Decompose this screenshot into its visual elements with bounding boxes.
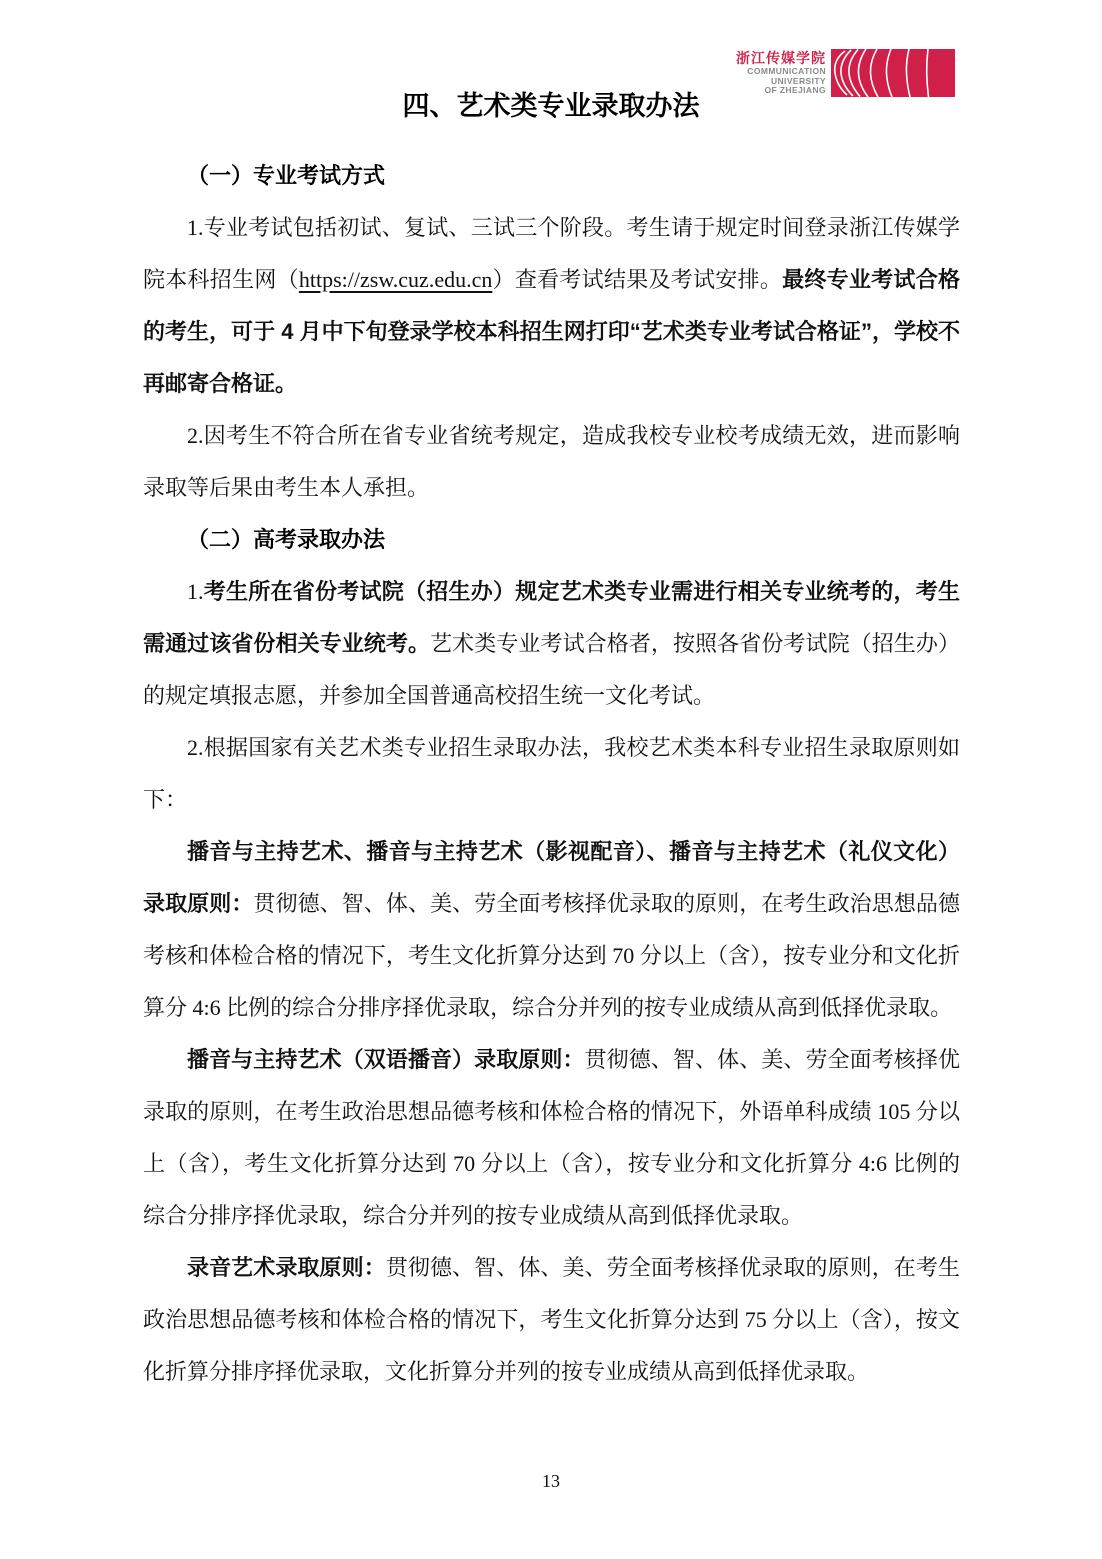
paragraph-exam-stages: 1.专业考试包括初试、复试、三试三个阶段。考生请于规定时间登录浙江传媒学院本科招… — [143, 202, 960, 410]
paragraph-provincial-exam-number: 1. — [187, 579, 204, 604]
document-content: （一）专业考试方式 1.专业考试包括初试、复试、三试三个阶段。考生请于规定时间登… — [143, 150, 960, 1398]
university-name-english-line3: OF ZHEJIANG — [764, 86, 826, 96]
paragraph-invalid-score: 2.因考生不符合所在省专业省统考规定，造成我校专业校考成绩无效，进而影响录取等后… — [143, 410, 960, 514]
paragraph-admission-principles-intro: 2.根据国家有关艺术类专业招生录取办法，我校艺术类本科专业招生录取原则如下： — [143, 722, 960, 826]
university-logo-text: 浙江传媒学院 COMMUNICATION UNIVERSITY OF ZHEJI… — [736, 48, 826, 96]
soundwave-logo-icon — [831, 48, 955, 98]
university-logo: 浙江传媒学院 COMMUNICATION UNIVERSITY OF ZHEJI… — [736, 48, 955, 98]
paragraph-exam-stages-text2: ）查看考试结果及考试安排。 — [492, 267, 782, 292]
section-heading-exam-method: （一）专业考试方式 — [143, 150, 960, 202]
paragraph-bilingual-broadcasting-principle-text: 贯彻德、智、体、美、劳全面考核择优录取的原则，在考生政治思想品德考核和体检合格的… — [143, 1047, 960, 1228]
document-page: 浙江传媒学院 COMMUNICATION UNIVERSITY OF ZHEJI… — [0, 0, 1102, 1559]
paragraph-bilingual-broadcasting-principle-title: 播音与主持艺术（双语播音）录取原则： — [187, 1047, 585, 1072]
paragraph-broadcasting-principle-text: 贯彻德、智、体、美、劳全面考核择优录取的原则，在考生政治思想品德考核和体检合格的… — [143, 891, 960, 1020]
paragraph-recording-arts-principle: 录音艺术录取原则：贯彻德、智、体、美、劳全面考核择优录取的原则，在考生政治思想品… — [143, 1242, 960, 1398]
university-name-chinese: 浙江传媒学院 — [736, 52, 826, 67]
paragraph-bilingual-broadcasting-principle: 播音与主持艺术（双语播音）录取原则：贯彻德、智、体、美、劳全面考核择优录取的原则… — [143, 1034, 960, 1242]
page-number: 13 — [0, 1470, 1102, 1492]
section-heading-gaokao-admission: （二）高考录取办法 — [143, 514, 960, 566]
paragraph-recording-arts-principle-title: 录音艺术录取原则： — [187, 1255, 386, 1280]
paragraph-provincial-exam: 1.考生所在省份考试院（招生办）规定艺术类专业需进行相关专业统考的，考生需通过该… — [143, 566, 960, 722]
paragraph-broadcasting-principle: 播音与主持艺术、播音与主持艺术（影视配音）、播音与主持艺术（礼仪文化）录取原则：… — [143, 826, 960, 1034]
admissions-website-link[interactable]: https://zsw.cuz.edu.cn — [299, 267, 492, 292]
